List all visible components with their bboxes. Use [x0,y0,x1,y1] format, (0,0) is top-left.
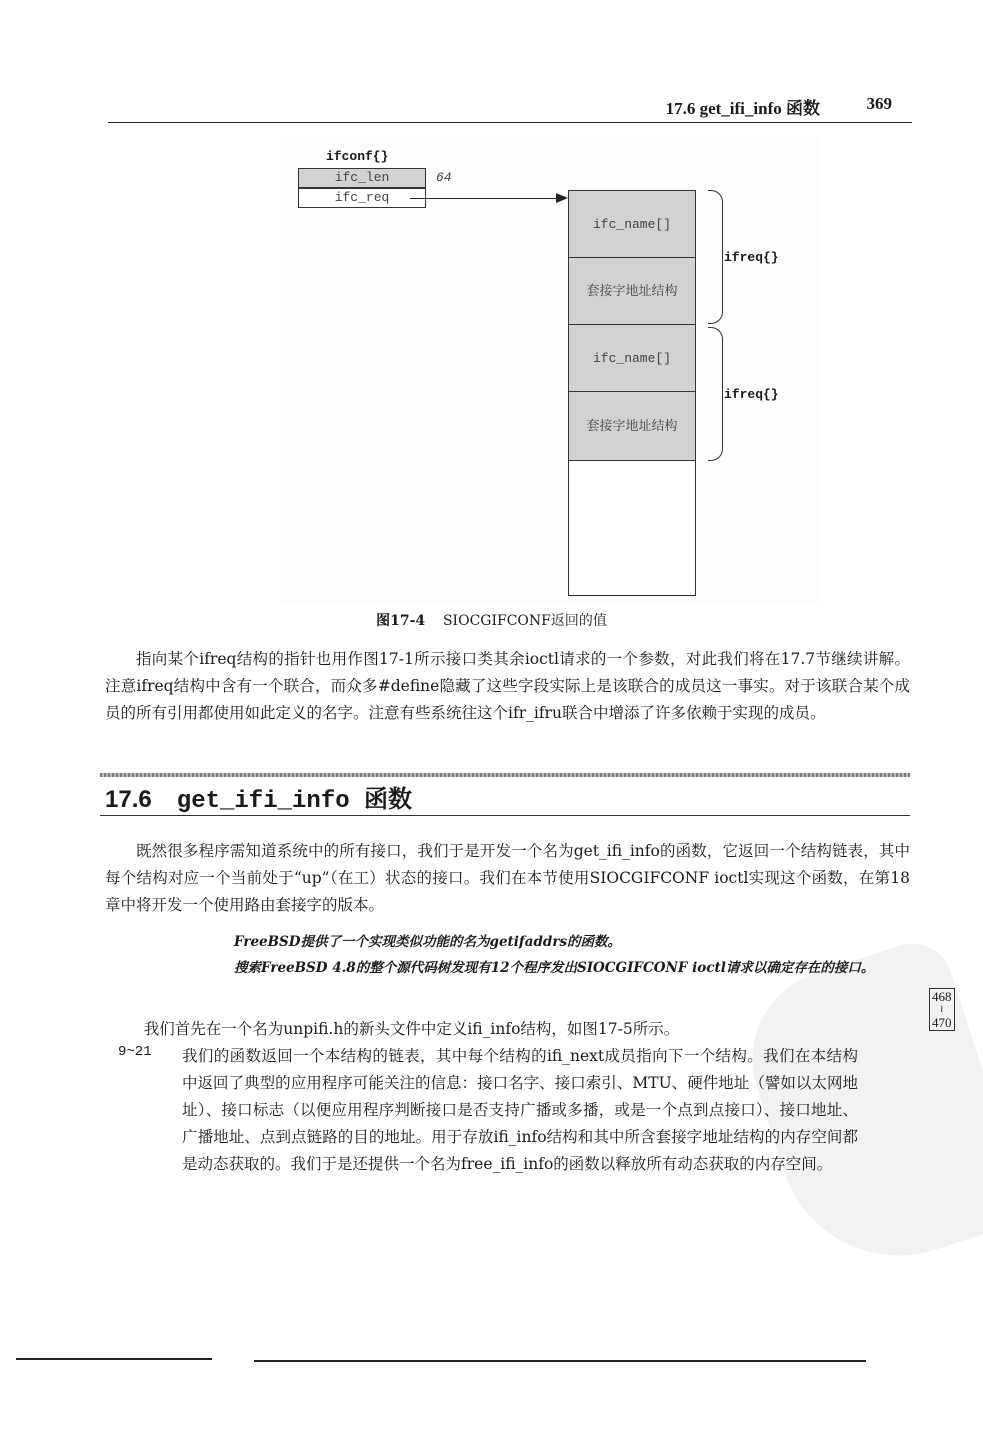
sockaddr-field-2: 套接字地址结构 [568,391,696,461]
margin-ref-end: 470 [932,1016,952,1029]
ifreq-label-2: ifreq{} [724,387,779,402]
margin-ref-start: 468 [932,990,952,1003]
brace-icon [708,327,723,461]
note-freebsd-getifaddrs: FreeBSD提供了一个实现类似功能的名为getifaddrs的函数。 [234,930,910,954]
margin-page-ref: 468 ≀ 470 [929,988,955,1031]
caption-text: SIOCGIFCONF返回的值 [443,613,607,629]
section-title: get_ifi_info 函数 [177,788,412,815]
footer-rule-right [254,1360,866,1362]
section-underline [100,815,910,816]
ifreq-label-1: ifreq{} [724,250,779,265]
code-line-ref: 9~21 [118,1044,152,1060]
section-rule [100,773,910,777]
ifc-req-field: ifc_req [298,188,426,208]
unused-buffer-space [568,460,696,596]
page-number: 369 [867,94,893,114]
ifreq-name-field-1: ifc_name[] [568,190,696,258]
ifc-len-value: 64 [436,170,452,185]
paragraph-ifi-info-desc: 我们的函数返回一个本结构的链表，其中每个结构的ifi_next成员指向下一个结构… [182,1043,858,1178]
sockaddr-field-1: 套接字地址结构 [568,257,696,325]
figure-17-4: ifconf{} ifc_len 64 ifc_req ifc_name[] 套… [280,135,820,605]
section-number: 17.6 [105,786,152,813]
pointer-arrow-line [410,198,558,199]
paragraph-intro: 既然很多程序需知道系统中的所有接口，我们于是开发一个名为get_ifi_info… [105,838,910,919]
note-freebsd-search: 搜索FreeBSD 4.8的整个源代码树发现有12个程序发出SIOCGIFCON… [200,956,910,980]
brace-icon [708,190,723,324]
arrow-head-icon [556,193,568,203]
header-title: 17.6 get_ifi_info 函数 [666,94,820,119]
section-heading: 17.6 get_ifi_info 函数 [105,779,412,815]
ifconf-label: ifconf{} [326,149,388,164]
paragraph-ifreq-pointer: 指向某个ifreq结构的指针也用作图17-1所示接口类其余ioctl请求的一个参… [105,646,910,727]
footer-rule-left [16,1358,212,1360]
ifc-len-field: ifc_len [298,168,426,188]
caption-number: 图17-4 [376,613,425,629]
figure-caption: 图17-4 SIOCGIFCONF返回的值 [0,610,983,630]
running-header: 17.6 get_ifi_info 函数 369 [108,92,912,123]
ifreq-name-field-2: ifc_name[] [568,324,696,392]
paragraph-unpifi: 我们首先在一个名为unpifi.h的新头文件中定义ifi_info结构，如图17… [105,1016,910,1043]
